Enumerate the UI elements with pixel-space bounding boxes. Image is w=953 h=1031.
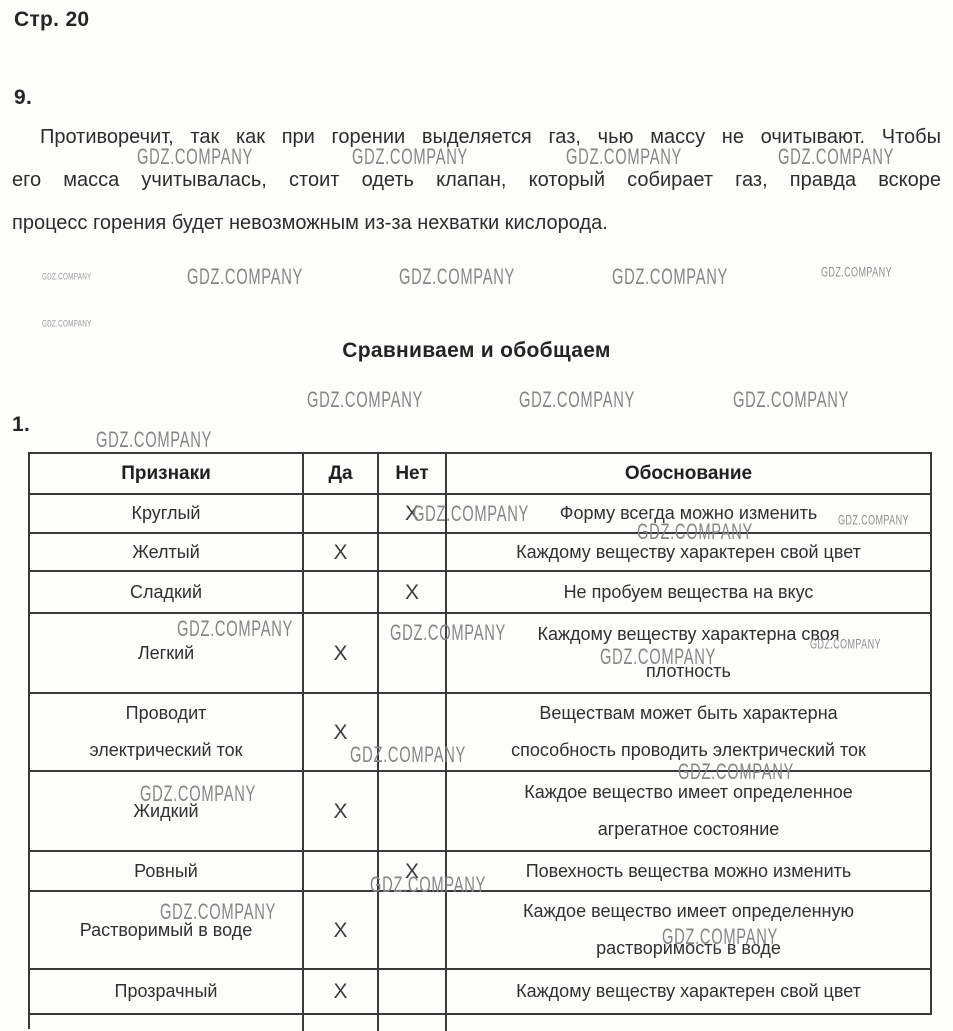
watermark: GDZ.COMPANY [96, 428, 212, 453]
table-border-extension [302, 1015, 304, 1031]
document-page: Стр. 20 9. Противоречит, так как при гор… [0, 0, 953, 1031]
table-border-extension [445, 1015, 447, 1031]
yes-cell [304, 495, 377, 532]
watermark: GDZ.COMPANY [399, 265, 515, 290]
reason-cell: Каждому веществу характерен свой цвет [447, 970, 930, 1013]
table-border-extension [377, 1015, 379, 1031]
reason-cell: Каждому веществу характерен свой цвет [447, 534, 930, 570]
reason-cell: Каждое вещество имеет определенное агрег… [447, 772, 930, 850]
reason-cell: Не пробуем вещества на вкус [447, 572, 930, 612]
yes-cell: X [304, 970, 377, 1013]
reason-cell: Каждому веществу характерна своя плотнос… [447, 614, 930, 692]
no-cell [379, 614, 445, 692]
feature-cell: Жидкий [30, 772, 302, 850]
watermark: GDZ.COMPANY [821, 264, 892, 280]
reason-cell: Веществам может быть характерна способно… [447, 694, 930, 770]
feature-cell: Круглый [30, 495, 302, 532]
watermark: GDZ.COMPANY [42, 318, 92, 329]
feature-cell: Легкий [30, 614, 302, 692]
reason-cell: Повехность вещества можно изменить [447, 852, 930, 890]
header-no: Нет [379, 454, 445, 493]
feature-cell: Ровный [30, 852, 302, 890]
section-heading: Сравниваем и обобщаем [0, 339, 953, 363]
feature-cell: Прозрачный [30, 970, 302, 1013]
watermark: GDZ.COMPANY [519, 388, 635, 413]
no-cell: X [379, 495, 445, 532]
paragraph-line: Противоречит, так как при горении выделя… [12, 116, 941, 159]
no-cell [379, 970, 445, 1013]
header-reason: Обоснование [447, 454, 930, 493]
reason-cell: Каждое вещество имеет определенную раств… [447, 892, 930, 968]
watermark: GDZ.COMPANY [612, 265, 728, 290]
yes-cell [304, 572, 377, 612]
no-cell: X [379, 572, 445, 612]
no-cell: X [379, 852, 445, 890]
watermark: GDZ.COMPANY [187, 265, 303, 290]
no-cell [379, 892, 445, 968]
feature-cell: Желтый [30, 534, 302, 570]
header-yes: Да [304, 454, 377, 493]
task-9-answer-paragraph: Противоречит, так как при горении выделя… [12, 116, 941, 245]
paragraph-line: процесс горения будет невозможным из-за … [12, 202, 941, 245]
task-9-number: 9. [14, 86, 32, 110]
no-cell [379, 534, 445, 570]
comparison-table: Признаки Да Нет Обоснование Круглый X Фо… [28, 452, 932, 1015]
reason-cell: Форму всегда можно изменить [447, 495, 930, 532]
yes-cell [304, 852, 377, 890]
header-feature: Признаки [30, 454, 302, 493]
yes-cell: X [304, 892, 377, 968]
watermark: GDZ.COMPANY [307, 388, 423, 413]
yes-cell: X [304, 534, 377, 570]
feature-cell: Проводит электрический ток [30, 694, 302, 770]
yes-cell: X [304, 694, 377, 770]
watermark: GDZ.COMPANY [733, 388, 849, 413]
watermark: GDZ.COMPANY [42, 271, 92, 282]
page-number-label: Стр. 20 [14, 8, 89, 32]
yes-cell: X [304, 772, 377, 850]
feature-cell: Растворимый в воде [30, 892, 302, 968]
task-1-number: 1. [12, 413, 30, 437]
yes-cell: X [304, 614, 377, 692]
no-cell [379, 694, 445, 770]
paragraph-line: его масса учитывалась, стоит одеть клапа… [12, 159, 941, 202]
no-cell [379, 772, 445, 850]
feature-cell: Сладкий [30, 572, 302, 612]
table-border-extension [28, 1015, 30, 1029]
